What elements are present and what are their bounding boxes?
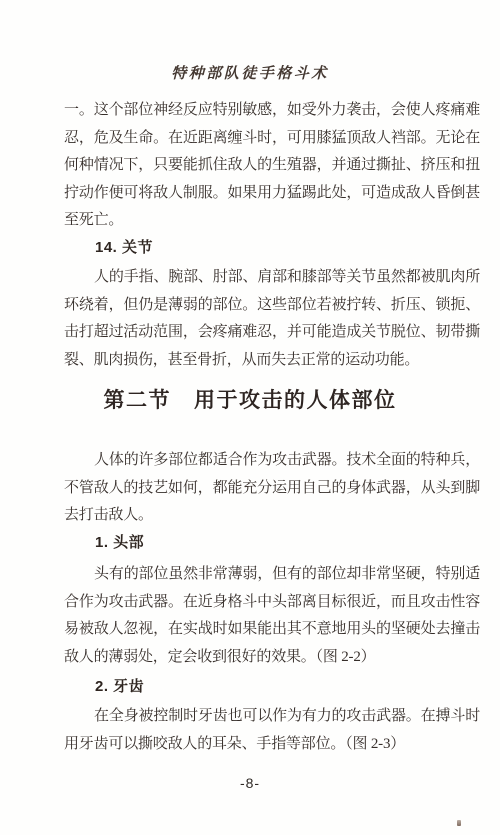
paragraph-groin-continued: 一。这个部位神经反应特别敏感，如受外力袭击，会使人疼痛难忍，危及生命。在近距离缠… [64, 97, 480, 235]
heading-2-teeth: 2. 牙齿 [95, 675, 144, 696]
heading-14-joints: 14. 关节 [95, 236, 153, 257]
section-title: 用于攻击的人体部位 [194, 389, 397, 412]
section-number: 第二节 [103, 389, 171, 412]
scanned-book-page: 特种部队徒手格斗术 一。这个部位神经反应特别敏感，如受外力袭击，会使人疼痛难忍，… [0, 0, 500, 835]
page-number: -8- [0, 775, 500, 791]
section-heading: 第二节用于攻击的人体部位 [0, 384, 500, 414]
paragraph-teeth: 在全身被控制时牙齿也可以作为有力的攻击武器。在搏斗时用牙齿可以撕咬敌人的耳朵、手… [64, 703, 480, 758]
running-head-title: 特种部队徒手格斗术 [0, 62, 500, 83]
heading-1-head: 1. 头部 [95, 531, 144, 552]
paragraph-section-intro: 人体的许多部位都适合作为攻击武器。技术全面的特种兵，不管敌人的技艺如何，都能充分… [64, 447, 480, 530]
paragraph-head: 头有的部位虽然非常薄弱，但有的部位却非常坚硬，特别适合作为攻击武器。在近身格斗中… [64, 561, 480, 671]
scan-artifact-speck [457, 820, 461, 826]
paragraph-joints: 人的手指、腕部、肘部、肩部和膝部等关节虽然都被肌肉所环绕着，但仍是薄弱的部位。这… [64, 264, 480, 374]
